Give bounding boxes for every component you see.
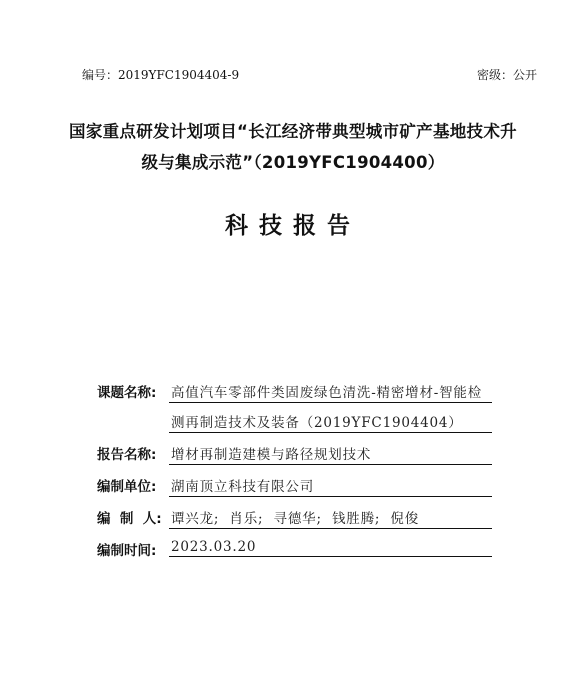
field-value: 测再制造技术及装备（2019YFC1904404）: [169, 411, 492, 433]
field-label: 编制单位:: [97, 475, 156, 495]
field-value: 湖南顶立科技有限公司: [169, 475, 492, 497]
field-label: 编制时间:: [97, 539, 156, 559]
report-number: 编号：2019YFC1904404-9: [82, 66, 239, 83]
field-label: 编 制 人:: [97, 507, 162, 527]
document-title: 科技报告: [0, 207, 586, 240]
field-value: 增材再制造建模与路径规划技术: [169, 443, 492, 465]
report-number-label: 编号：: [82, 68, 118, 82]
project-title-line-1: 国家重点研发计划项目“长江经济带典型城市矿产基地技术升: [0, 118, 586, 142]
project-title-line-2: 级与集成示范”（2019YFC1904400）: [0, 149, 586, 173]
field-value: 高值汽车零部件类固废绿色清洗-精密增材-智能检: [169, 381, 492, 403]
security-level: 密级：公开: [477, 66, 537, 83]
security-level-value: 公开: [513, 68, 537, 82]
field-label: 课题名称:: [97, 381, 156, 401]
field-label: 报告名称:: [97, 443, 156, 463]
field-value: 2023.03.20: [169, 539, 492, 557]
report-number-value: 2019YFC1904404-9: [118, 68, 239, 82]
field-value: 谭兴龙; 肖乐; 寻德华; 钱胜腾; 倪俊: [169, 507, 492, 529]
security-level-label: 密级：: [477, 68, 513, 82]
